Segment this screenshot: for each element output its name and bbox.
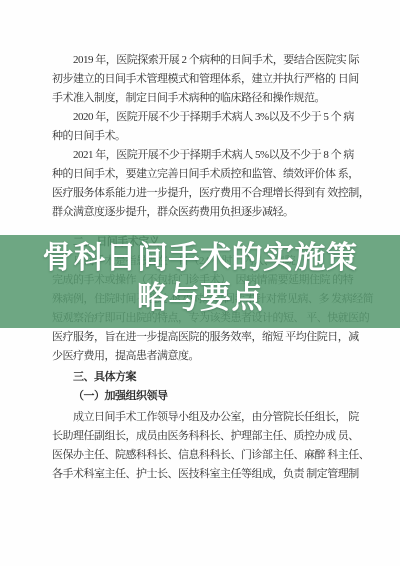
- text-line: （一）加强组织领导: [52, 387, 370, 406]
- title-overlay-band: 骨科日间手术的实施策 略与要点: [0, 235, 400, 328]
- overlay-title-line2: 略与要点: [0, 278, 400, 318]
- overlay-title-line1: 骨科日间手术的实施策: [0, 238, 400, 278]
- text-line: 医保办主任、院感科科长、信息科科长、门诊部主任、麻醉 科主任、: [52, 446, 370, 465]
- text-line: 成立日间手术工作领导小组及办公室，由分管院长任组长， 院: [52, 408, 370, 427]
- document-page: 2019 年，医院探索开展 2 个病种的日间手术，要结合医院实 际初步建立的日间…: [0, 0, 400, 566]
- text-line: 2021 年，医院开展不少于择期手术病人 5%以及不少于 8 个 病: [52, 146, 370, 165]
- text-line: 少医疗费用，提高患者满意度。: [52, 347, 370, 366]
- text-line: 初步建立的日间手术管理模式和管理体系，建立并执行严格的 日间: [52, 70, 370, 89]
- text-line: 种的日间手术，要建立完善日间手术质控和监管、绩效评价体 系，: [52, 165, 370, 184]
- overlay-title: 骨科日间手术的实施策 略与要点: [0, 238, 400, 318]
- text-line: 手术准入制度，制定日间手术病种的临床路径和操作规范。: [52, 89, 370, 108]
- text-line: 种的日间手术。: [52, 127, 370, 146]
- text-line: 2020 年，医院开展不少于择期手术病人 3%以及不少于 5 个 病: [52, 108, 370, 127]
- text-line: 长助理任副组长，成员由医务科科长、护理部主任、质控办成 员、: [52, 427, 370, 446]
- text-line: 群众满意度逐步提升，群众医药费用负担逐步减轻。: [52, 203, 370, 222]
- text-line: 三、具体方案: [52, 368, 370, 387]
- text-line: 医疗服务体系能力进一步提升，医疗费用不合理增长得到有 效控制，: [52, 184, 370, 203]
- text-line: 2019 年，医院探索开展 2 个病种的日间手术，要结合医院实 际: [52, 51, 370, 70]
- text-line: 医疗服务，旨在进一步提高医院的服务效率，缩短 平均住院日，减: [52, 328, 370, 347]
- text-line: 各手术科室主任、护士长、医技科室主任等组成，负责 制定管理制: [52, 465, 370, 484]
